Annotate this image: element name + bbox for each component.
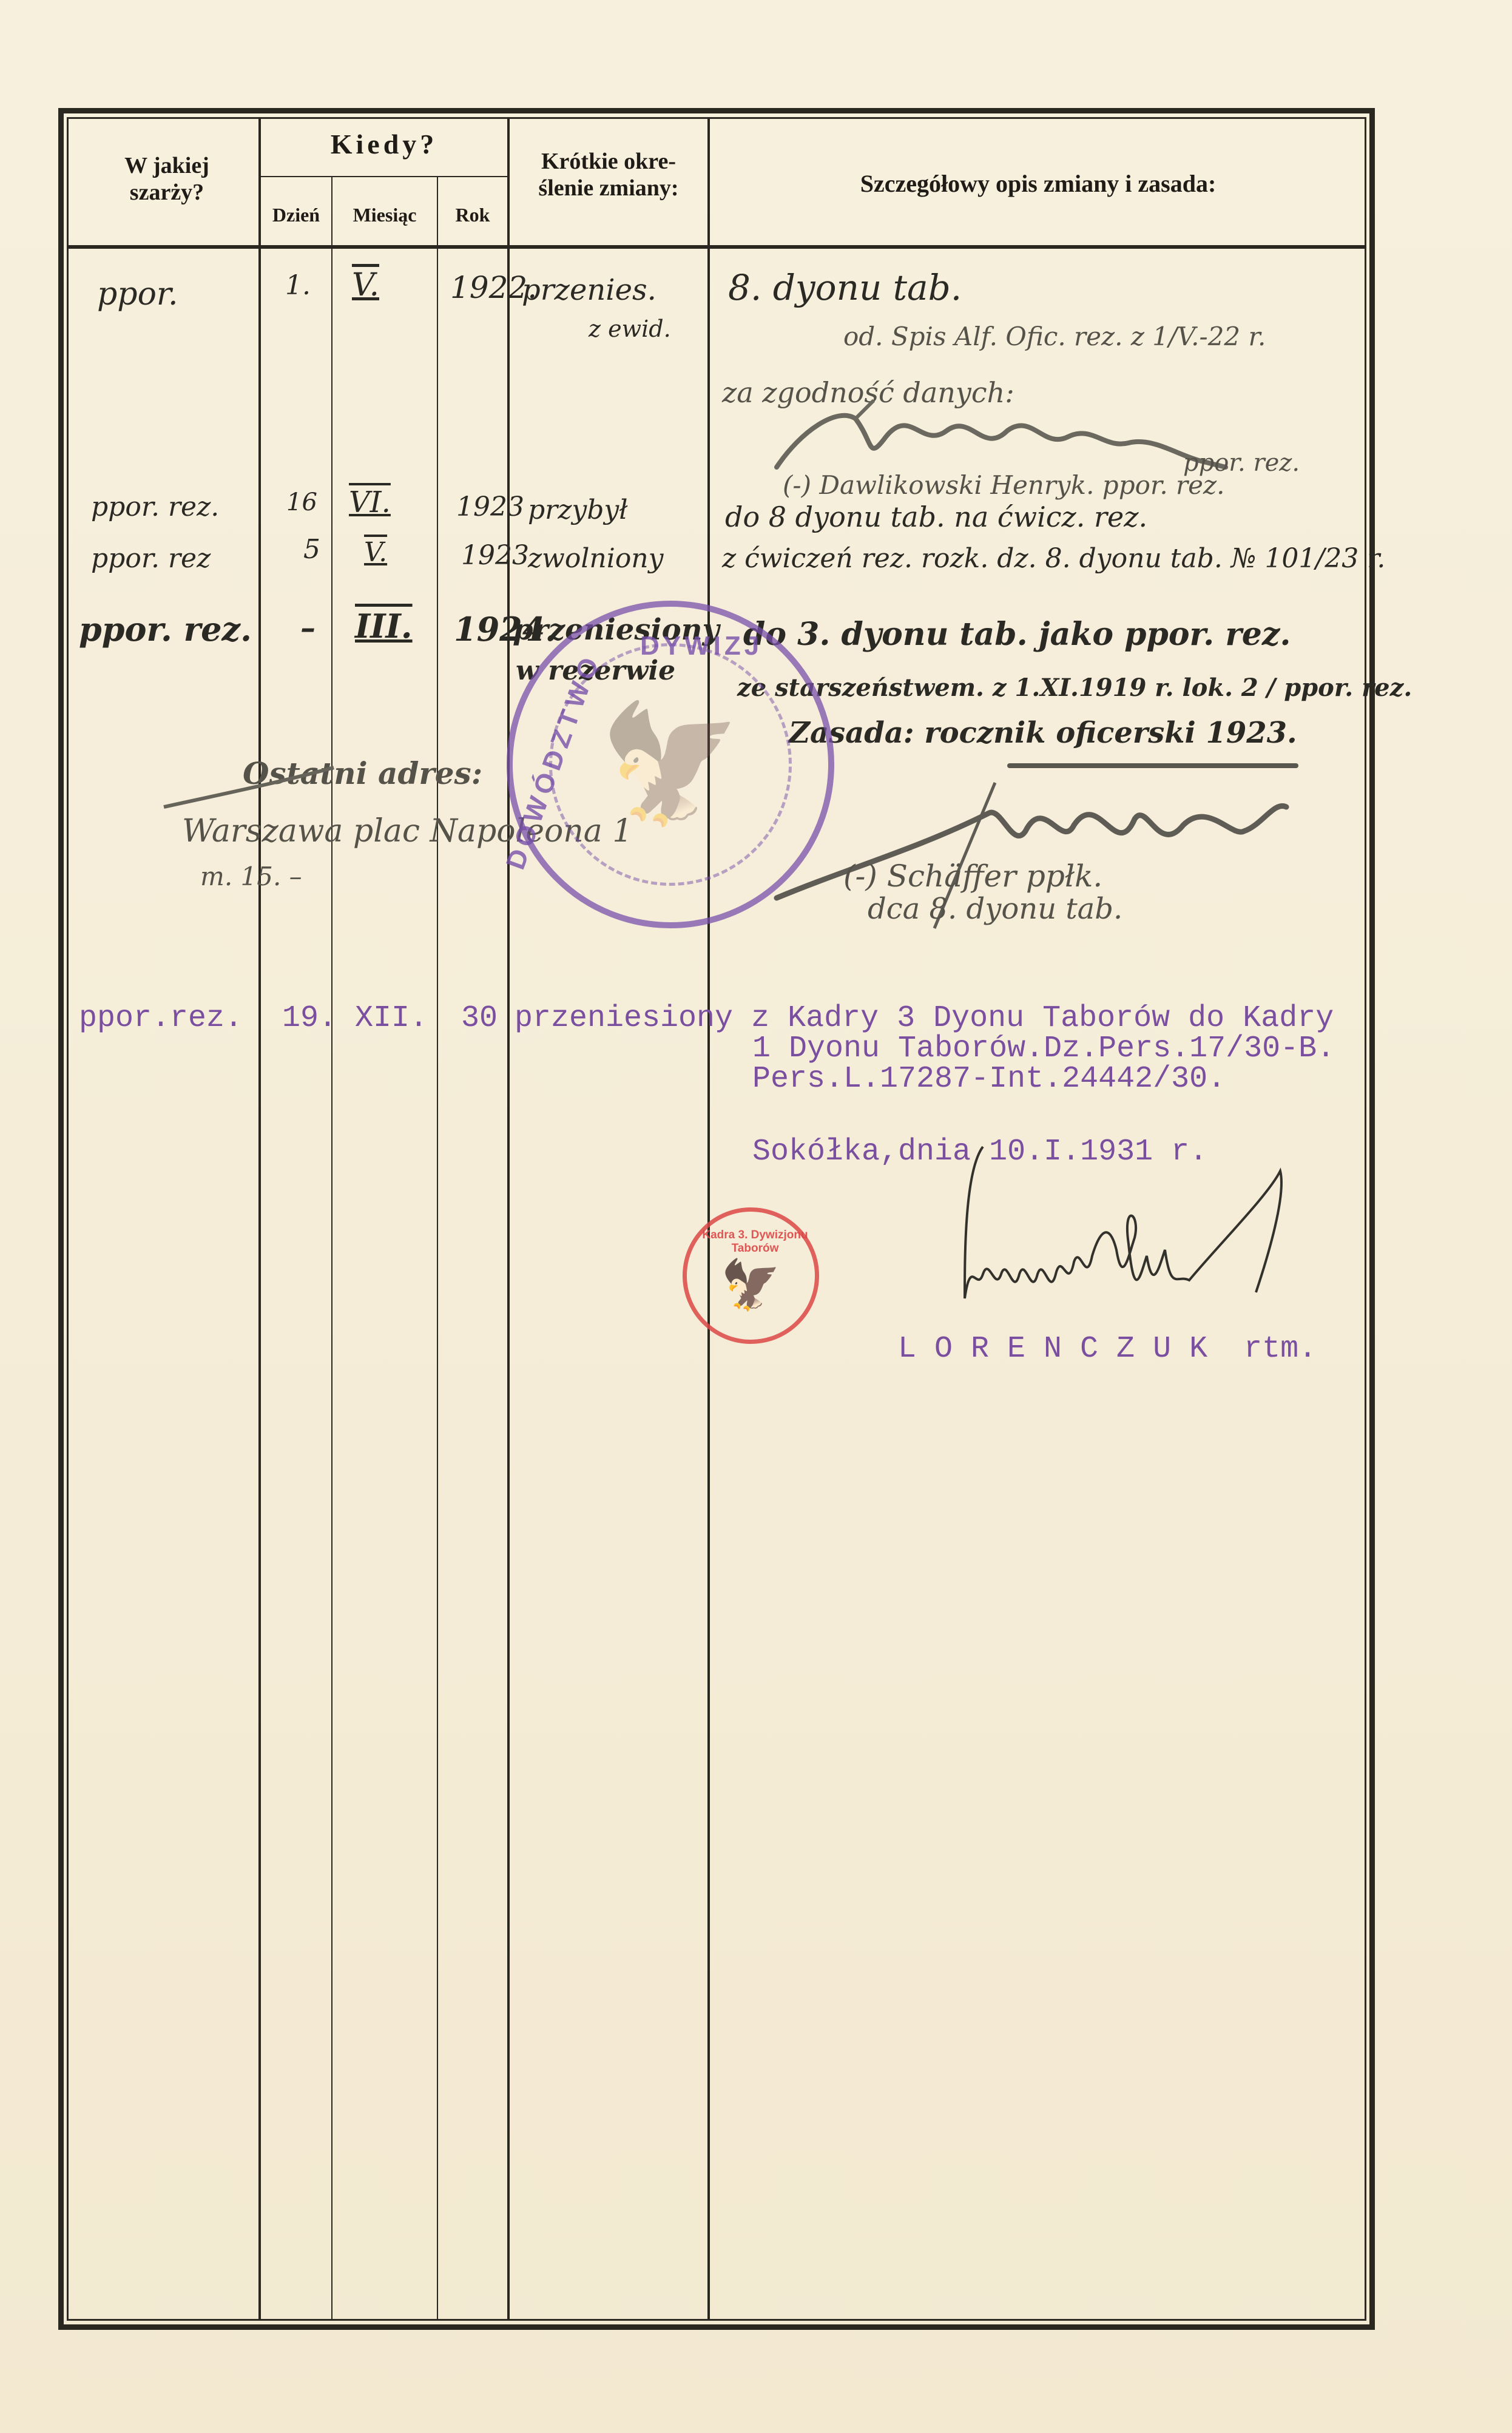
entry-2-month: VI. [349, 485, 391, 519]
entry-3-short: zwolniony [528, 543, 664, 574]
col-divider-month [437, 176, 438, 2321]
typed-year: 30 [461, 1001, 498, 1036]
entry-4-rank: ppor. rez. [79, 610, 252, 649]
entry-3-year: 1923 [461, 540, 529, 571]
typed-detail-line3: Pers.L.17287-Int.24442/30. [752, 1062, 1226, 1096]
col-divider-rank [258, 117, 261, 2321]
document-page: W jakiej szarży? Kiedy? Dzień Miesiąc Ro… [0, 0, 1512, 2433]
entry-2-detail: do 8 dyonu tab. na ćwicz. rez. [725, 501, 1147, 533]
typed-detail-line2: 1 Dyonu Taborów.Dz.Pers.17/30-B. [752, 1031, 1335, 1066]
entry-4-detail-line2: ze starszeństwem. z 1.XI.1919 r. lok. 2 … [737, 673, 1412, 702]
header-month: Miesiąc [332, 204, 437, 226]
entry-2-rank: ppor. rez. [91, 491, 219, 522]
header-divider [67, 245, 1366, 249]
entry-1-day: 1. [285, 270, 311, 301]
entry-2-year: 1923 [456, 491, 524, 522]
entry-1-month: V. [352, 267, 379, 303]
header-short-line2: ślenie zmiany: [510, 175, 707, 202]
address-strike-line [158, 764, 340, 813]
entry-1-signer-name: (-) Dawlikowski Henryk. ppor. rez. [783, 470, 1224, 500]
entry-4-month: III. [355, 607, 413, 646]
header-day: Dzień [261, 204, 331, 226]
typed-month: XII. [355, 1001, 428, 1036]
typed-rank: ppor.rez. [79, 1001, 243, 1036]
typed-signer: L O R E N C Z U K rtm. [898, 1332, 1317, 1366]
entry-2-day: 16 [286, 488, 317, 516]
header-rank-line1: W jakiej [79, 153, 255, 180]
header-short-line1: Krótkie okre- [510, 149, 707, 175]
header-short-desc: Krótkie okre- ślenie zmiany: [510, 149, 707, 201]
entry-1-detail-line1: 8. dyonu tab. [728, 267, 962, 308]
signature-lorenczuk [928, 1135, 1371, 1341]
entry-1-detail-line2: od. Spis Alf. Ofic. rez. z 1/V.-22 r. [843, 322, 1266, 351]
red-stamp-text: Kadra 3. Dywizjonu Taborów [699, 1229, 811, 1255]
entry-3-day: 5 [303, 534, 320, 565]
header-rank: W jakiej szarży? [79, 153, 255, 206]
entry-1-rank: ppor. [97, 276, 178, 312]
entry-4-zasada: Zasada: rocznik oficerski 1923. [789, 716, 1297, 750]
eagle-emblem-icon: 🦅 [721, 1257, 781, 1314]
entry-3-month: V. [364, 537, 387, 568]
header-when: Kiedy? [261, 129, 507, 161]
entry-1-short-line2: z ewid. [589, 316, 671, 342]
header-detail: Szczegółowy opis zmiany i zasada: [710, 170, 1366, 198]
header-year: Rok [438, 204, 507, 226]
purple-stamp-top-text: DYWIZJ [640, 631, 763, 661]
col-divider-day [331, 176, 332, 2321]
entry-1-short-line1: przenies. [522, 273, 656, 307]
entry-3-rank: ppor. rez [91, 543, 211, 574]
col-divider-short [707, 117, 710, 2321]
entry-4-day: – [300, 610, 316, 646]
typed-detail-line1: przeniesiony z Kadry 3 Dyonu Taborów do … [515, 1001, 1334, 1036]
entry-3-detail: z ćwiczeń rez. rozk. dz. 8. dyonu tab. №… [722, 543, 1385, 574]
col-divider-year [507, 117, 510, 2321]
zasada-underline [1007, 763, 1298, 768]
when-subheader-divider [260, 176, 508, 177]
typed-day: 19. [282, 1001, 337, 1036]
header-rank-line2: szarży? [79, 180, 255, 206]
address-line2: m. 15. – [200, 862, 302, 891]
signer-schaffer: (-) Schäffer ppłk. [843, 859, 1102, 894]
red-unit-stamp: Kadra 3. Dywizjonu Taborów 🦅 [683, 1207, 819, 1344]
entry-4-detail-line1: do 3. dyonu tab. jako ppor. rez. [743, 616, 1291, 653]
signer-schaffer-role: dca 8. dyonu tab. [868, 892, 1122, 926]
entry-2-short: przybył [528, 494, 628, 525]
